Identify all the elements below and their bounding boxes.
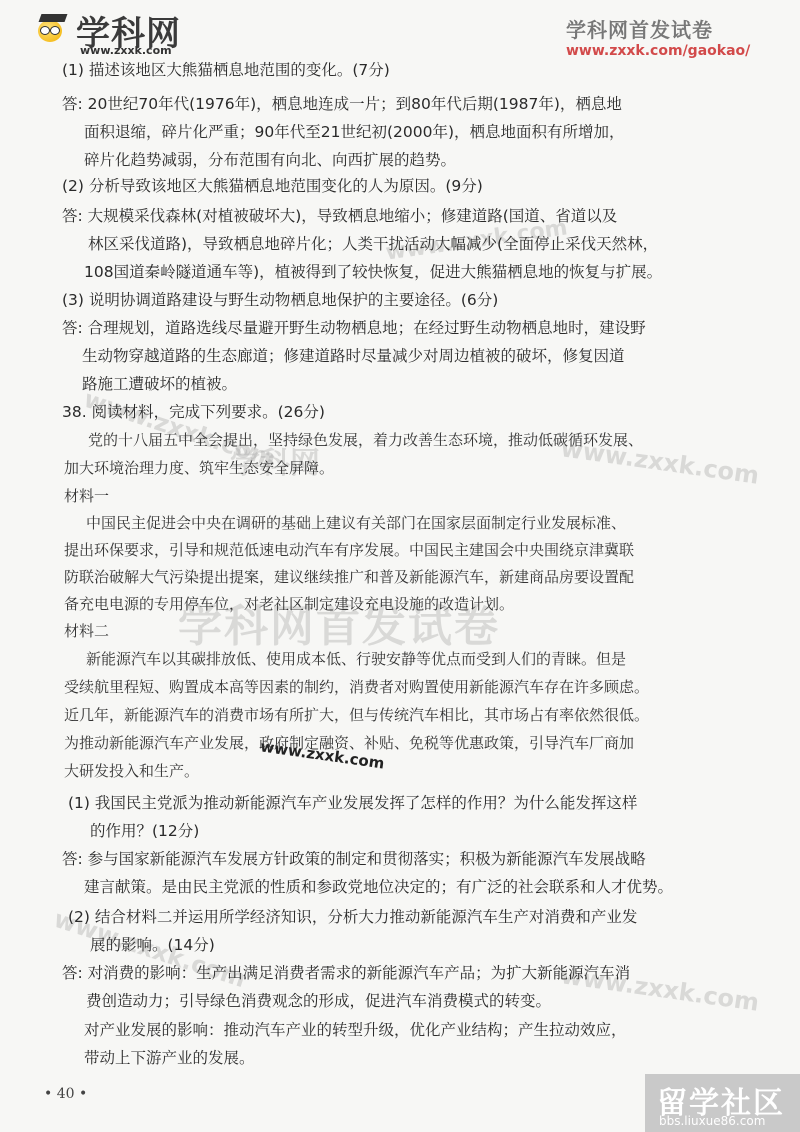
answer-line: 带动上下游产业的发展。 bbox=[84, 1048, 255, 1068]
header-right: 学科网首发试卷 www.zxxk.com/gaokao/ bbox=[566, 14, 750, 59]
material-line: 防联治破解大气污染提出提案，建议继续推广和普及新能源汽车，新建商品房要设置配 bbox=[64, 567, 634, 587]
liuxue86-logo[interactable]: 留学社区 bbs.liuxue86.com bbox=[645, 1074, 800, 1132]
answer-line: 答: 20世纪70年代(1976年)，栖息地连成一片；到80年代后期(1987年… bbox=[62, 94, 622, 114]
exam-page: 学科网 www.zxxk.com 学科网首发试卷 www.zxxk.com/ga… bbox=[0, 0, 800, 1132]
intro-line: 党的十八届五中全会提出，坚持绿色发展，着力改善生态环境，推动低碳循环发展、 bbox=[88, 430, 643, 450]
answer-line: 生动物穿越道路的生态廊道；修建道路时尽量减少对周边植被的破坏，修复因道 bbox=[82, 346, 625, 366]
answer-line: 答: 合理规划，道路选线尽量避开野生动物栖息地；在经过野生动物栖息地时，建设野 bbox=[62, 318, 646, 338]
question-38-1: (1) 我国民主党派为推动新能源汽车产业发展发挥了怎样的作用？为什么能发挥这样 bbox=[68, 793, 637, 813]
material-2-label: 材料二 bbox=[64, 621, 109, 641]
answer-line: 林区采伐道路)，导致栖息地碎片化；人类干扰活动大幅减少(全面停止采伐天然林， bbox=[88, 234, 658, 254]
answer-line: 面积退缩，碎片化严重；90年代至21世纪初(2000年)，栖息地面积有所增加， bbox=[84, 122, 625, 142]
intro-line: 加大环境治理力度、筑牢生态安全屏障。 bbox=[64, 458, 334, 478]
question-37-2: (2) 分析导致该地区大熊猫栖息地范围变化的人为原因。(9分) bbox=[62, 176, 483, 196]
question-37-3: (3) 说明协调道路建设与野生动物栖息地保护的主要途径。(6分) bbox=[62, 290, 498, 310]
answer-line: 108国道秦岭隧道通车等)，植被得到了较快恢复，促进大熊猫栖息地的恢复与扩展。 bbox=[84, 262, 662, 282]
header-right-title: 学科网首发试卷 bbox=[566, 14, 750, 43]
answer-line: 路施工遭破坏的植被。 bbox=[82, 374, 237, 394]
answer-line: 答: 对消费的影响：生产出满足消费者需求的新能源汽车产品；为扩大新能源汽车消 bbox=[62, 963, 630, 983]
question-38-1-cont: 的作用？(12分) bbox=[90, 821, 199, 841]
material-line: 提出环保要求，引导和规范低速电动汽车有序发展。中国民主建国会中央围绕京津冀联 bbox=[64, 540, 634, 560]
question-38-2: (2) 结合材料二并运用所学经济知识，分析大力推动新能源汽车生产对消费和产业发 bbox=[68, 907, 637, 927]
material-line: 近几年，新能源汽车的消费市场有所扩大，但与传统汽车相比，其市场占有率依然很低。 bbox=[64, 705, 649, 725]
answer-line: 费创造动力；引导绿色消费观念的形成，促进汽车消费模式的转变。 bbox=[86, 991, 551, 1011]
material-line: 为推动新能源汽车产业发展，政府制定融资、补贴、免税等优惠政策，引导汽车厂商加 bbox=[64, 733, 634, 753]
logo-url: www.zxxk.com bbox=[80, 44, 172, 57]
answer-line: 碎片化趋势减弱，分布范围有向北、向西扩展的趋势。 bbox=[84, 150, 456, 170]
answer-line: 答: 大规模采伐森林(对植被破坏大)，导致栖息地缩小；修建道路(国道、省道以及 bbox=[62, 206, 617, 226]
material-line: 新能源汽车以其碳排放低、使用成本低、行驶安静等优点而受到人们的青睐。但是 bbox=[86, 649, 626, 669]
material-1-label: 材料一 bbox=[64, 486, 109, 506]
material-line: 大研发投入和生产。 bbox=[64, 761, 199, 781]
header-right-url[interactable]: www.zxxk.com/gaokao/ bbox=[566, 43, 750, 59]
material-line: 备充电电源的专用停车位，对老社区制定建设充电设施的改造计划。 bbox=[64, 594, 514, 614]
question-37-1: (1) 描述该地区大熊猫栖息地范围的变化。(7分) bbox=[62, 60, 390, 80]
material-line: 中国民主促进会中央在调研的基础上建议有关部门在国家层面制定行业发展标准、 bbox=[86, 513, 626, 533]
page-number: • 40 • bbox=[44, 1086, 87, 1102]
question-38-2-cont: 展的影响。(14分) bbox=[90, 935, 215, 955]
page-header: 学科网 www.zxxk.com 学科网首发试卷 www.zxxk.com/ga… bbox=[0, 0, 800, 60]
corner-logo-url: bbs.liuxue86.com bbox=[659, 1114, 765, 1128]
answer-line: 答: 参与国家新能源汽车发展方针政策的制定和贯彻落实；积极为新能源汽车发展战略 bbox=[62, 849, 646, 869]
material-line: 受续航里程短、购置成本高等因素的制约，消费者对购置使用新能源汽车存在许多顾虑。 bbox=[64, 677, 649, 697]
zxxk-logo[interactable]: 学科网 www.zxxk.com bbox=[28, 4, 188, 56]
answer-line: 建言献策。是由民主党派的性质和参政党地位决定的；有广泛的社会联系和人才优势。 bbox=[84, 877, 673, 897]
answer-line: 对产业发展的影响：推动汽车产业的转型升级，优化产业结构；产生拉动效应， bbox=[84, 1020, 627, 1040]
mascot-icon bbox=[36, 12, 66, 48]
question-38-title: 38. 阅读材料，完成下列要求。(26分) bbox=[62, 402, 325, 422]
